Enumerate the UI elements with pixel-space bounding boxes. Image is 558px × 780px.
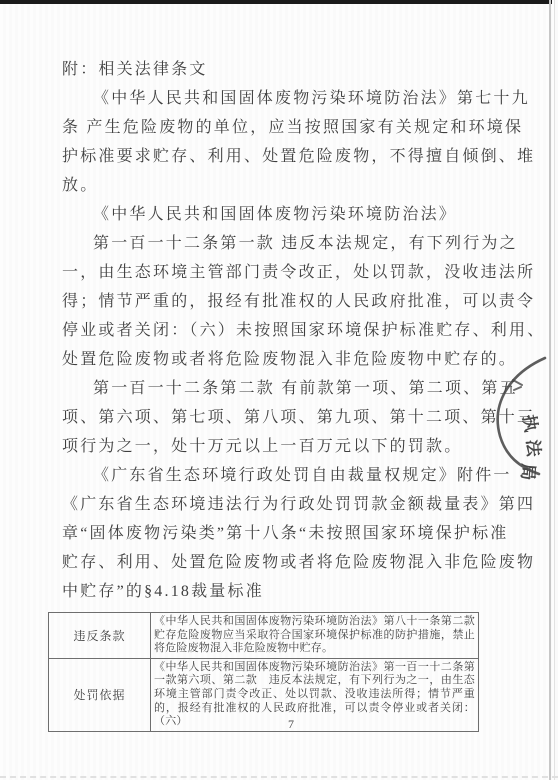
body-line: 护标准要求贮存、利用、处置危险废物，不得擅自倾倒、堆 [62, 142, 528, 171]
body-line: 处置危险废物或者将危险废物混入非危险废物中贮存的。 [62, 345, 528, 374]
body-line: 贮存、利用、处置危险废物或者将危险废物混入非危险废物 [62, 548, 528, 577]
seal-char: 局 [518, 463, 538, 481]
body-line: 《中华人民共和国固体废物污染环境防治法》 [62, 200, 528, 229]
body-line: 第一百一十二条第二款 有前款第一项、第二项、第五 [62, 374, 528, 403]
official-seal-stamp-partial: 执 法 局 [483, 350, 558, 482]
body-line: 项行为之一，处十万元以上一百万元以下的罚款。 [62, 432, 528, 461]
seal-char: 执 [519, 413, 542, 433]
page-number: 7 [62, 717, 520, 732]
seal-arc-graphic: 执 法 局 [483, 350, 558, 482]
body-line: 章“固体废物污染类”第十八条“未按照国家环境保护标准 [62, 519, 528, 548]
scanned-document-page: 附：相关法律条文 《中华人民共和国固体废物污染环境防治法》第七十九 条 产生危险… [0, 0, 558, 780]
body-line: 停业或者关闭：（六）未按照国家环境保护标准贮存、利用、 [62, 316, 528, 345]
table-row-violated-clause: 违反条款 《中华人民共和国固体废物污染环境防治法》第八十一条第二款 贮存危险废物… [49, 613, 479, 659]
penalty-standard-table: 违反条款 《中华人民共和国固体废物污染环境防治法》第八十一条第二款 贮存危险废物… [48, 612, 479, 732]
body-line: 中贮存”的§4.18裁量标准 [62, 577, 528, 606]
body-line: 《中华人民共和国固体废物污染环境防治法》第七十九 [62, 84, 528, 113]
body-line: 项、第六项、第七项、第八项、第九项、第十二项、第十三 [62, 403, 528, 432]
body-line: 附：相关法律条文 [62, 55, 528, 84]
body-line: 条 产生危险废物的单位，应当按照国家有关规定和环境保 [62, 113, 528, 142]
body-line: 一，由生态环境主管部门责令改正，处以罚款，没收违法所 [62, 258, 528, 287]
table-row-content: 《中华人民共和国固体废物污染环境防治法》第八十一条第二款 贮存危险废物应当采取符… [151, 613, 479, 659]
seal-char: 法 [523, 439, 544, 458]
scan-artifact-top-bar [0, 0, 552, 4]
body-line: 《广东省生态环境违法行为行政处罚罚款金额裁量表》第四 [62, 490, 528, 519]
table-row-label: 违反条款 [49, 613, 151, 659]
body-line: 第一百一十二条第一款 违反本法规定，有下列行为之 [62, 229, 528, 258]
body-line: 放。 [62, 171, 528, 200]
document-body: 附：相关法律条文 《中华人民共和国固体废物污染环境防治法》第七十九 条 产生危险… [62, 55, 528, 606]
body-line: 《广东省生态环境行政处罚自由裁量权规定》附件一 [62, 461, 528, 490]
scan-artifact-bottom-dashed-line [0, 776, 558, 778]
body-line: 得；情节严重的，报经有批准权的人民政府批准，可以责令 [62, 287, 528, 316]
